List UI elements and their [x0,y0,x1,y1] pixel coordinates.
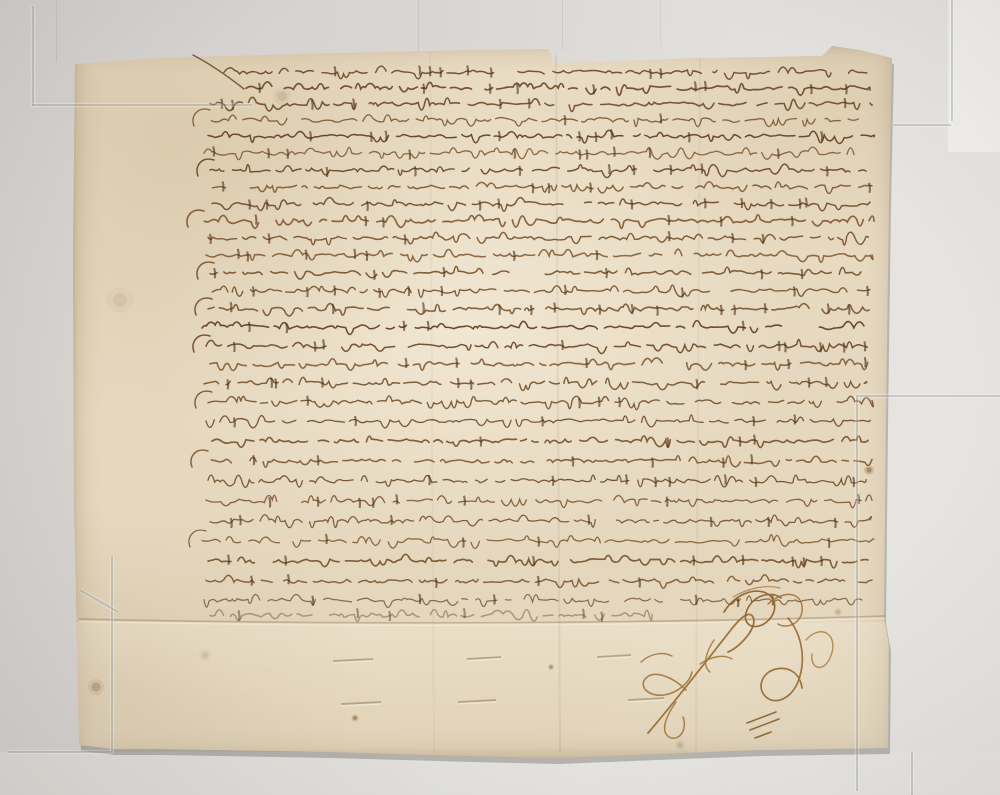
backdrop-sheet-topright [948,0,1000,152]
plexiglass-edge [893,124,951,126]
plexiglass-edge [32,104,252,106]
plexiglass-edge [911,752,913,795]
backdrop-seam [562,0,563,50]
plexiglass-edge [856,395,858,791]
backdrop-seam [56,0,57,62]
plexiglass-edge [8,751,112,753]
plexiglass-edge [32,6,34,106]
plexiglass-edge [951,0,953,121]
parchment [0,0,1000,795]
photo-stage [0,0,1000,795]
plica-band [76,622,888,750]
plexiglass-edge [111,556,113,752]
plexiglass-edge [857,395,1000,397]
backdrop-seam [660,0,661,46]
backdrop-seam [418,0,419,56]
